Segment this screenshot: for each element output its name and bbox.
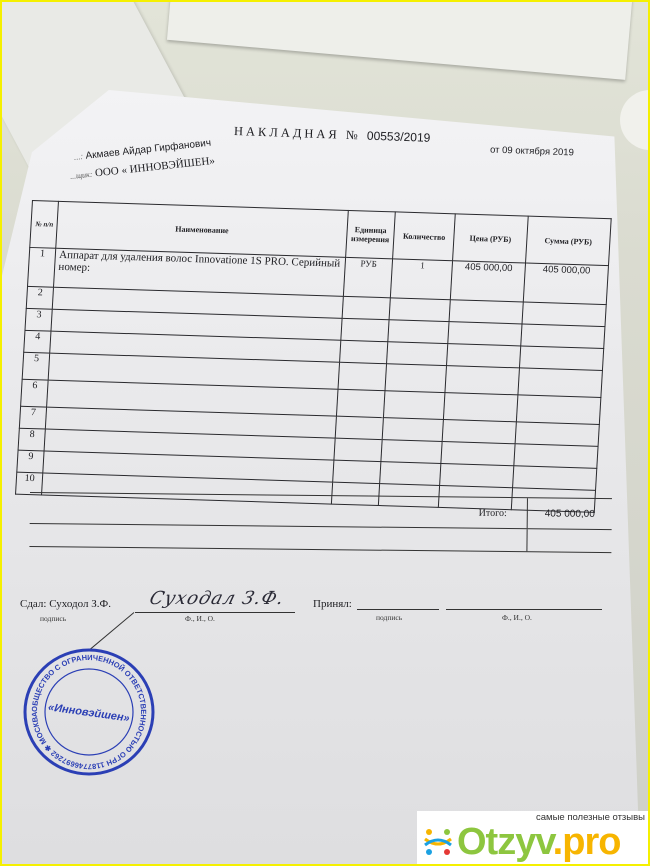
handed-fio-line bbox=[135, 612, 295, 613]
header-qty: Количество bbox=[393, 212, 456, 261]
cell-num: 3 bbox=[25, 308, 53, 331]
cell-unit bbox=[338, 362, 387, 390]
handwritten-signature: Суходал З.Ф. bbox=[147, 588, 287, 609]
header-price: Цена (РУБ) bbox=[453, 214, 528, 263]
cell-num: 5 bbox=[22, 352, 50, 380]
total-block: Итого: 405 000,00 bbox=[29, 492, 612, 553]
cell-unit bbox=[342, 296, 391, 319]
received-by: Принял: bbox=[313, 598, 352, 610]
cell-price bbox=[441, 442, 515, 466]
cell-sum bbox=[512, 466, 596, 491]
total-value: 405 000,00 bbox=[527, 498, 612, 529]
cell-unit: РУБ bbox=[343, 257, 393, 297]
cell-sum bbox=[521, 324, 605, 349]
cell-unit bbox=[339, 340, 388, 363]
cell-qty bbox=[389, 298, 450, 322]
handed-label: Сдал: bbox=[20, 598, 46, 610]
document-title: НАКЛАДНАЯ № 00553/2019 bbox=[234, 124, 431, 146]
invoice-date: от 09 октября 2019 bbox=[490, 145, 574, 159]
brand-main: Otzyv bbox=[457, 821, 553, 863]
stamp-center-text: «Инновэйшен» bbox=[47, 701, 130, 724]
cell-price bbox=[444, 393, 518, 422]
cell-num: 7 bbox=[19, 406, 47, 429]
otzyv-watermark: самые полезные отзывы Otzyv.pro bbox=[417, 811, 650, 866]
cell-price bbox=[448, 322, 522, 346]
received-label: Принял: bbox=[313, 598, 352, 610]
watermark-brand: Otzyv.pro bbox=[457, 821, 620, 864]
cell-unit bbox=[336, 389, 385, 417]
items-table: № п/п Наименование Единица измерения Кол… bbox=[15, 200, 612, 513]
cell-qty bbox=[380, 462, 441, 486]
otzyv-logo-icon bbox=[421, 825, 455, 859]
cell-qty bbox=[387, 342, 448, 366]
cell-price bbox=[440, 463, 514, 487]
cell-sum: 405 000,00 bbox=[523, 263, 608, 305]
cell-num: 6 bbox=[21, 379, 49, 407]
cell-sum bbox=[522, 302, 606, 327]
cell-unit bbox=[332, 460, 381, 483]
title-label: НАКЛАДНАЯ № bbox=[234, 124, 361, 142]
received-fio-line bbox=[446, 609, 602, 610]
cell-num: 2 bbox=[26, 286, 54, 309]
cell-price bbox=[449, 300, 523, 324]
invoice-document: НАКЛАДНАЯ № 00553/2019 от 09 октября 201… bbox=[0, 0, 650, 866]
total-label: Итого: bbox=[30, 502, 527, 518]
cell-sum bbox=[519, 346, 603, 371]
handed-by: Сдал: Суходол З.Ф. bbox=[20, 598, 111, 610]
cell-qty bbox=[384, 391, 445, 420]
received-signature-caption: подпись bbox=[376, 613, 402, 622]
cell-qty bbox=[385, 364, 446, 393]
header-unit: Единица измерения bbox=[345, 210, 395, 258]
cell-price bbox=[442, 420, 516, 444]
invoice-number: 00553/2019 bbox=[367, 129, 431, 145]
cell-unit bbox=[334, 438, 383, 461]
handed-name: Суходол З.Ф. bbox=[49, 598, 111, 610]
handed-fio-caption: Ф., И., О. bbox=[185, 614, 215, 623]
supplier-prefix: ...щик: bbox=[70, 170, 93, 181]
cell-sum bbox=[515, 422, 599, 447]
cell-qty bbox=[381, 440, 442, 464]
cell-unit bbox=[340, 318, 389, 341]
received-signature-line bbox=[357, 609, 439, 610]
header-num: № п/п bbox=[30, 201, 59, 249]
cell-unit bbox=[335, 416, 384, 439]
cell-qty bbox=[388, 320, 449, 344]
payer-prefix: ...: bbox=[74, 152, 84, 162]
cell-price bbox=[447, 344, 521, 368]
cell-qty bbox=[382, 418, 443, 442]
cell-num: 9 bbox=[17, 450, 45, 473]
cell-price: 405 000,00 bbox=[451, 261, 526, 302]
header-sum: Сумма (РУБ) bbox=[525, 216, 611, 266]
company-stamp: ОБЩЕСТВО С ОГРАНИЧЕННОЙ ОТВЕТСТВЕННОСТЬЮ… bbox=[22, 645, 156, 779]
received-fio-caption: Ф., И., О. bbox=[502, 613, 532, 622]
cell-num: 1 bbox=[28, 247, 57, 287]
cell-num: 4 bbox=[24, 330, 52, 353]
cell-sum bbox=[518, 368, 603, 398]
handed-signature-caption: подпись bbox=[40, 614, 66, 623]
cell-sum bbox=[514, 444, 598, 469]
brand-tld: .pro bbox=[553, 821, 621, 863]
cell-sum bbox=[516, 395, 601, 425]
cell-qty: 1 bbox=[391, 259, 453, 300]
cell-num: 8 bbox=[18, 428, 46, 451]
cell-price bbox=[445, 366, 519, 395]
